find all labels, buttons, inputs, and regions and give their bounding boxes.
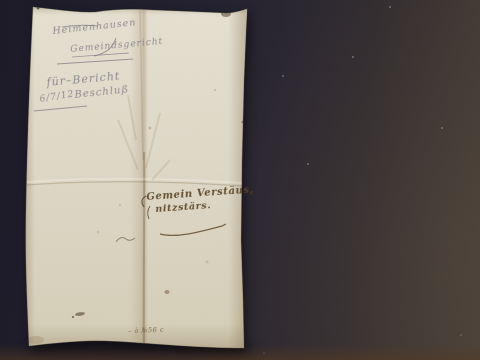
photo-stage: Heimenhausen Gemeindsgericht für–Bericht… bbox=[0, 0, 480, 360]
paper-texture bbox=[20, 0, 252, 360]
manuscript-paper bbox=[0, 0, 480, 360]
